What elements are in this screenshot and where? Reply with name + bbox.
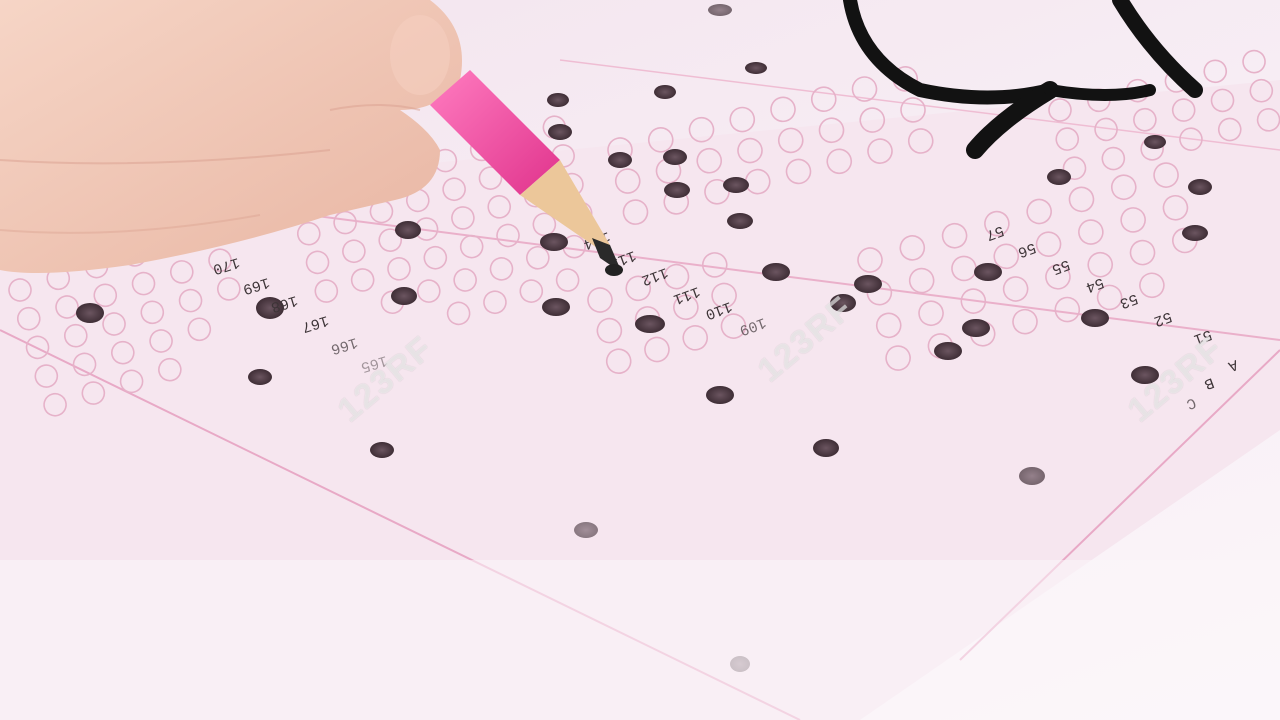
blurred-foreground-paper — [0, 560, 1280, 720]
answer-sheet-photo: 170 169 168 167 166 165 114 113 112 111 … — [0, 0, 1280, 720]
photo-illustration: 170 169 168 167 166 165 114 113 112 111 … — [0, 0, 1280, 720]
